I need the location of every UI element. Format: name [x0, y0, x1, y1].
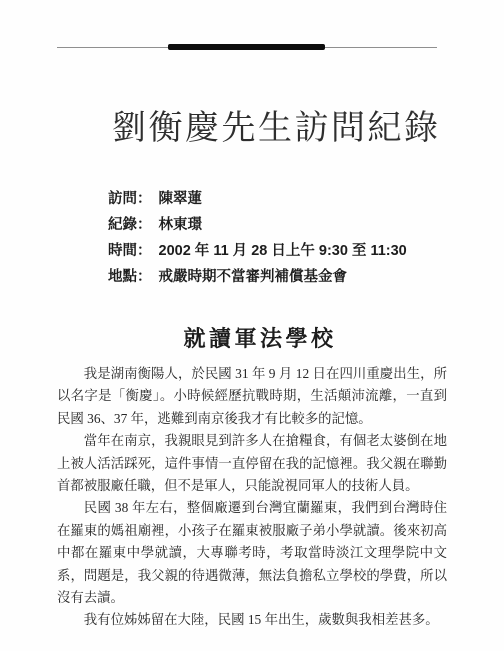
- meta-row-interviewer: 訪問：陳翠蓮: [108, 186, 407, 212]
- body-text: 我是湖南衡陽人，於民國 31 年 9 月 12 日在四川重慶出生，所以名字是「衡…: [57, 363, 447, 632]
- meta-label-recorder: 紀錄：: [108, 217, 152, 233]
- header-rule-bold-segment: [168, 44, 325, 50]
- paragraph-2: 當年在南京，我親眼見到許多人在搶糧食，有個老太婆倒在地上被人活活踩死，這件事情一…: [57, 430, 447, 497]
- meta-value-interviewer: 陳翠蓮: [159, 191, 203, 207]
- meta-row-location: 地點：戒嚴時期不當審判補償基金會: [108, 264, 407, 290]
- section-heading: 就讀軍法學校: [65, 322, 455, 353]
- document-page: 劉衡慶先生訪問紀錄 訪問：陳翠蓮 紀錄：林東璟 時間：2002 年 11 月 2…: [0, 0, 504, 651]
- meta-value-time: 2002 年 11 月 28 日上午 9:30 至 11:30: [159, 243, 407, 259]
- meta-value-recorder: 林東璟: [159, 217, 203, 233]
- meta-label-interviewer: 訪問：: [108, 191, 152, 207]
- paragraph-3: 民國 38 年左右，整個廠遷到台灣宜蘭羅東，我們到台灣時住在羅東的媽祖廟裡，小孩…: [57, 497, 447, 609]
- paragraph-1: 我是湖南衡陽人，於民國 31 年 9 月 12 日在四川重慶出生，所以名字是「衡…: [57, 363, 447, 430]
- meta-value-location: 戒嚴時期不當審判補償基金會: [159, 269, 348, 285]
- document-title: 劉衡慶先生訪問紀錄: [112, 100, 441, 149]
- paragraph-4: 我有位姊姊留在大陸，民國 15 年出生，歲數與我相差甚多。: [57, 609, 447, 631]
- meta-label-time: 時間：: [108, 243, 152, 259]
- meta-row-time: 時間：2002 年 11 月 28 日上午 9:30 至 11:30: [108, 238, 407, 264]
- meta-block: 訪問：陳翠蓮 紀錄：林東璟 時間：2002 年 11 月 28 日上午 9:30…: [108, 186, 407, 290]
- meta-label-location: 地點：: [108, 269, 152, 285]
- meta-row-recorder: 紀錄：林東璟: [108, 212, 407, 238]
